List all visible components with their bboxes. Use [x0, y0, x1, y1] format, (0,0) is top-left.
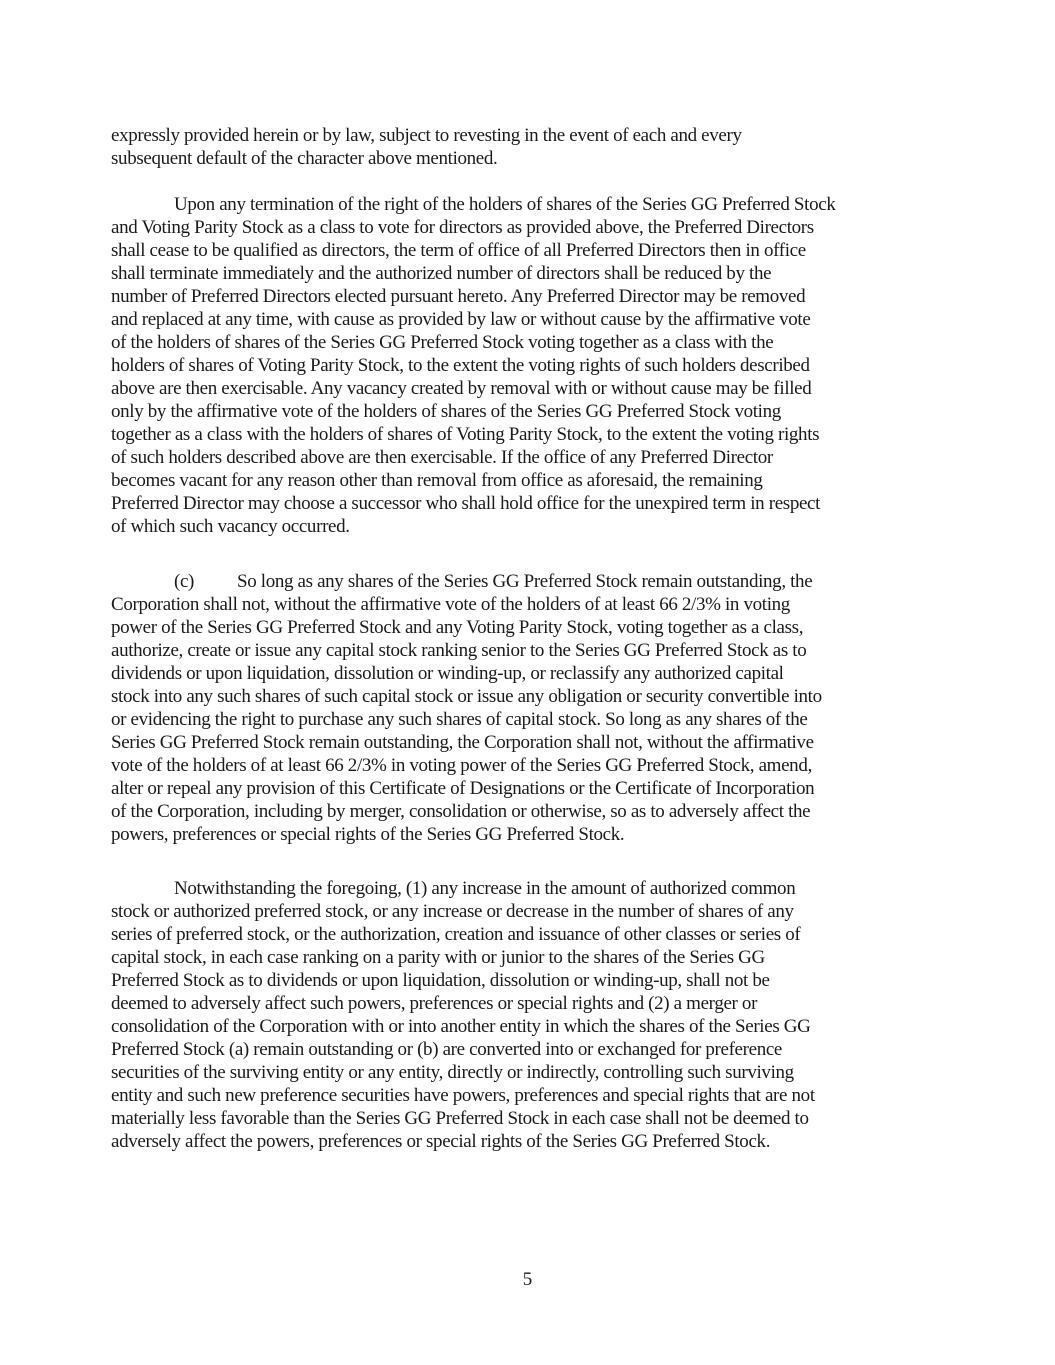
text-line: Upon any termination of the right of the…: [111, 193, 941, 216]
text-line: shall terminate immediately and the auth…: [111, 262, 941, 285]
text-line: adversely affect the powers, preferences…: [111, 1130, 941, 1153]
text-line: powers, preferences or special rights of…: [111, 823, 941, 846]
text-line: securities of the surviving entity or an…: [111, 1061, 941, 1084]
text-line: (c)So long as any shares of the Series G…: [111, 570, 941, 593]
page-number: 5: [0, 1268, 1055, 1291]
text-line: series of preferred stock, or the author…: [111, 923, 941, 946]
document-page: expressly provided herein or by law, sub…: [0, 0, 1055, 1365]
text-line: and Voting Parity Stock as a class to vo…: [111, 216, 941, 239]
text-line: Preferred Stock (a) remain outstanding o…: [111, 1038, 941, 1061]
text-line: expressly provided herein or by law, sub…: [111, 124, 941, 147]
text-line: above are then exercisable. Any vacancy …: [111, 377, 941, 400]
text-line: of the holders of shares of the Series G…: [111, 331, 941, 354]
text-line: together as a class with the holders of …: [111, 423, 941, 446]
paragraph-continuation: expressly provided herein or by law, sub…: [111, 124, 941, 170]
section-label: (c): [174, 570, 237, 593]
text-line: and replaced at any time, with cause as …: [111, 308, 941, 331]
text-line: Notwithstanding the foregoing, (1) any i…: [111, 877, 941, 900]
text-line: consolidation of the Corporation with or…: [111, 1015, 941, 1038]
text-line: subsequent default of the character abov…: [111, 147, 941, 170]
text-line: Preferred Director may choose a successo…: [111, 492, 941, 515]
text-line: alter or repeal any provision of this Ce…: [111, 777, 941, 800]
text-line: stock or authorized preferred stock, or …: [111, 900, 941, 923]
text-line: of the Corporation, including by merger,…: [111, 800, 941, 823]
text-line: Corporation shall not, without the affir…: [111, 593, 941, 616]
text-line: vote of the holders of at least 66 2/3% …: [111, 754, 941, 777]
text-line: Preferred Stock as to dividends or upon …: [111, 969, 941, 992]
paragraph-section-c: (c)So long as any shares of the Series G…: [111, 570, 941, 846]
text-line: of which such vacancy occurred.: [111, 515, 941, 538]
text-line: becomes vacant for any reason other than…: [111, 469, 941, 492]
text-line: capital stock, in each case ranking on a…: [111, 946, 941, 969]
text-line: or evidencing the right to purchase any …: [111, 708, 941, 731]
text-line: power of the Series GG Preferred Stock a…: [111, 616, 941, 639]
text-line: deemed to adversely affect such powers, …: [111, 992, 941, 1015]
text-line: number of Preferred Directors elected pu…: [111, 285, 941, 308]
text-line: holders of shares of Voting Parity Stock…: [111, 354, 941, 377]
text-line: stock into any such shares of such capit…: [111, 685, 941, 708]
text-line: authorize, create or issue any capital s…: [111, 639, 941, 662]
text-line: only by the affirmative vote of the hold…: [111, 400, 941, 423]
text-line: Series GG Preferred Stock remain outstan…: [111, 731, 941, 754]
text-line: materially less favorable than the Serie…: [111, 1107, 941, 1130]
text-line: dividends or upon liquidation, dissoluti…: [111, 662, 941, 685]
text-line: entity and such new preference securitie…: [111, 1084, 941, 1107]
text-line: of such holders described above are then…: [111, 446, 941, 469]
text-line-content: So long as any shares of the Series GG P…: [237, 571, 812, 592]
paragraph-termination: Upon any termination of the right of the…: [111, 193, 941, 538]
paragraph-notwithstanding: Notwithstanding the foregoing, (1) any i…: [111, 877, 941, 1153]
text-line: shall cease to be qualified as directors…: [111, 239, 941, 262]
